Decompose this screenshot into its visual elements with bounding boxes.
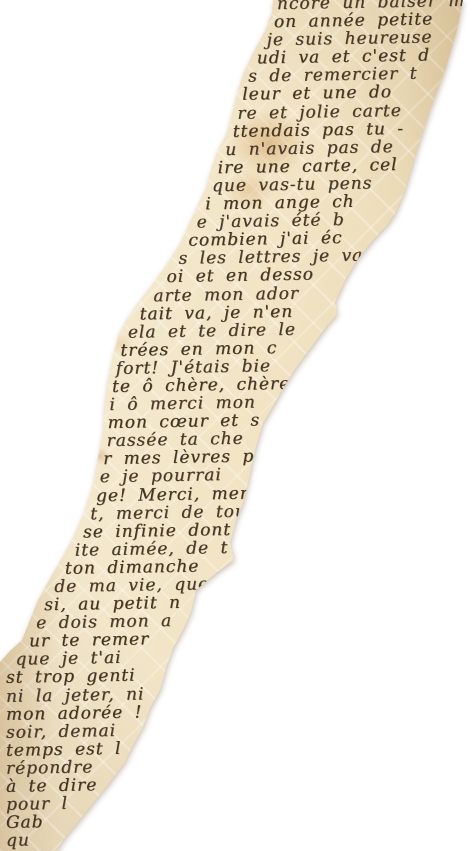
photo-canvas: ncore un baiser ma chon année petiteje s… bbox=[0, 0, 474, 851]
handwriting-line: se infinie dont bbox=[0, 516, 474, 542]
handwriting-line: t, merci de tou bbox=[0, 498, 474, 524]
handwriting-line: ite aimée, de t bbox=[0, 535, 474, 561]
handwriting-text: ncore un baiser ma chon année petiteje s… bbox=[0, 0, 474, 850]
torn-paper-strip: ncore un baiser ma chon année petiteje s… bbox=[0, 0, 474, 851]
paper-surface: ncore un baiser ma chon année petiteje s… bbox=[0, 0, 474, 851]
